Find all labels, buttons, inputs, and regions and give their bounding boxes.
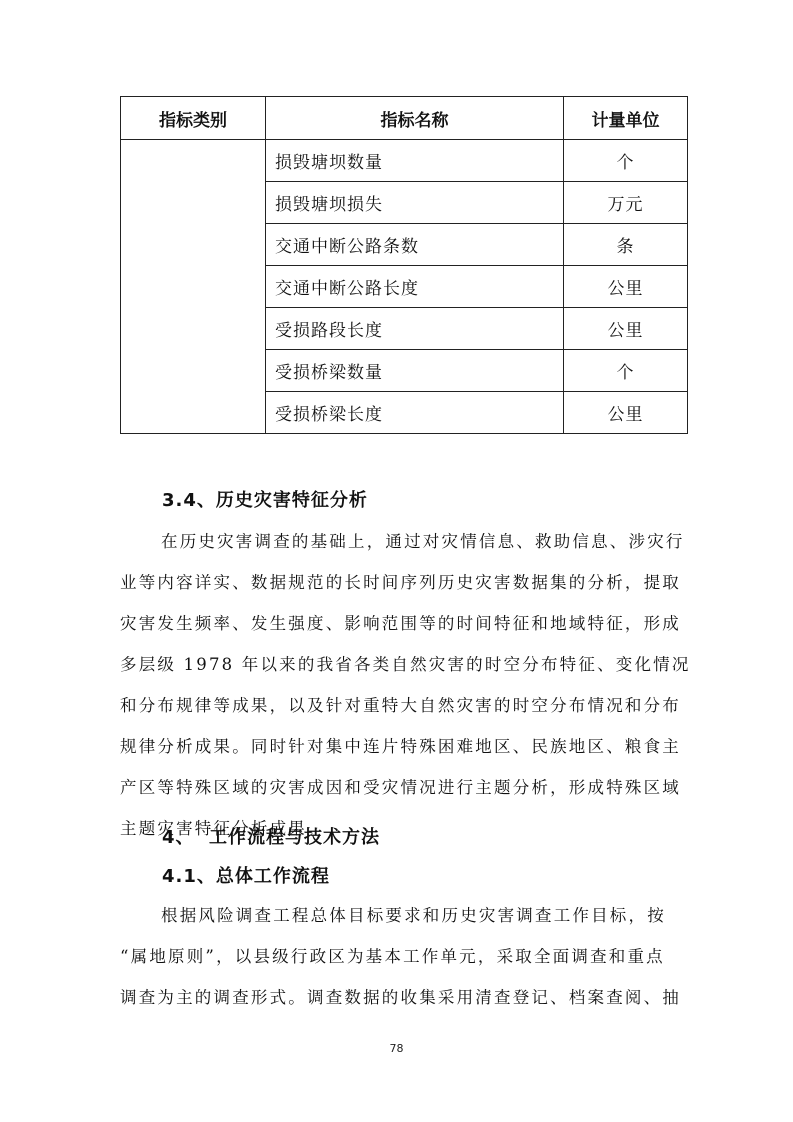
- indicator-unit: 个: [564, 140, 688, 182]
- indicator-unit: 条: [564, 224, 688, 266]
- table-row: 损毁塘坝数量 个: [121, 140, 688, 182]
- paragraph-line: 业等内容详实、数据规范的长时间序列历史灾害数据集的分析，提取: [120, 562, 687, 603]
- page-number: 78: [0, 1042, 793, 1055]
- category-cell: [121, 140, 266, 434]
- paragraph-line: 根据风险调查工程总体目标要求和历史灾害调查工作目标，按: [120, 895, 687, 936]
- indicator-name: 交通中断公路长度: [266, 266, 564, 308]
- paragraph-line: 和分布规律等成果，以及针对重特大自然灾害的时空分布情况和分布: [120, 685, 687, 726]
- indicator-table: 指标类别 指标名称 计量单位 损毁塘坝数量 个 损毁塘坝损失 万元 交通中断公路…: [120, 96, 688, 434]
- indicator-name: 受损路段长度: [266, 308, 564, 350]
- section-heading-3-4: 3.4、历史灾害特征分析: [162, 486, 368, 512]
- paragraph-line: 调查为主的调查形式。调查数据的收集采用清查登记、档案查阅、抽: [120, 977, 687, 1018]
- table-header-row: 指标类别 指标名称 计量单位: [121, 97, 688, 140]
- indicator-name: 损毁塘坝数量: [266, 140, 564, 182]
- indicator-name: 损毁塘坝损失: [266, 182, 564, 224]
- paragraph-line: “属地原则”，以县级行政区为基本工作单元，采取全面调查和重点: [120, 936, 687, 977]
- header-unit: 计量单位: [564, 97, 688, 140]
- paragraph-line: 多层级 1978 年以来的我省各类自然灾害的时空分布特征、变化情况: [120, 644, 687, 685]
- paragraph-line: 规律分析成果。同时针对集中连片特殊困难地区、民族地区、粮食主: [120, 726, 687, 767]
- header-name: 指标名称: [266, 97, 564, 140]
- indicator-name: 受损桥梁长度: [266, 392, 564, 434]
- indicator-unit: 万元: [564, 182, 688, 224]
- paragraph-line: 灾害发生频率、发生强度、影响范围等的时间特征和地域特征，形成: [120, 603, 687, 644]
- indicator-unit: 个: [564, 350, 688, 392]
- indicator-unit: 公里: [564, 266, 688, 308]
- indicator-name: 交通中断公路条数: [266, 224, 564, 266]
- document-page: 指标类别 指标名称 计量单位 损毁塘坝数量 个 损毁塘坝损失 万元 交通中断公路…: [0, 0, 793, 1122]
- indicator-unit: 公里: [564, 308, 688, 350]
- section-heading-4: 4、 工作流程与技术方法: [162, 823, 380, 849]
- header-category: 指标类别: [121, 97, 266, 140]
- indicator-name: 受损桥梁数量: [266, 350, 564, 392]
- section-heading-4-1: 4.1、总体工作流程: [162, 862, 330, 888]
- section-3-4-paragraph: 在历史灾害调查的基础上，通过对灾情信息、救助信息、涉灾行 业等内容详实、数据规范…: [120, 521, 687, 849]
- paragraph-line: 产区等特殊区域的灾害成因和受灾情况进行主题分析，形成特殊区域: [120, 767, 687, 808]
- section-4-1-paragraph: 根据风险调查工程总体目标要求和历史灾害调查工作目标，按 “属地原则”，以县级行政…: [120, 895, 687, 1018]
- paragraph-line: 在历史灾害调查的基础上，通过对灾情信息、救助信息、涉灾行: [120, 521, 687, 562]
- indicator-unit: 公里: [564, 392, 688, 434]
